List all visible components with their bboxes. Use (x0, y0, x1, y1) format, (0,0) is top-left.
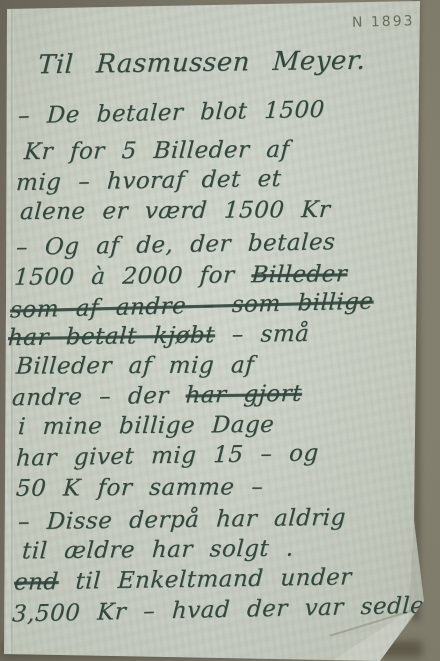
handwritten-text: – små (214, 321, 310, 348)
handwritten-text: – De betaler blot 1500 (17, 97, 325, 129)
handwritten-text: Kr for 5 Billeder af (23, 137, 290, 165)
handwriting-line: mig – hvoraf det et (15, 166, 282, 196)
struck-text: har betalt kjøbt (7, 322, 215, 351)
handwriting-line: som af andre – som billige (9, 289, 374, 324)
handwritten-text: Til Rasmussen Meyer. (37, 46, 366, 81)
handwriting-line: 1500 à 2000 for Billeder (13, 261, 348, 291)
handwriting-line: i mine billige Dage (17, 412, 275, 440)
handwritten-text: – Disse derpå har aldrig (17, 505, 346, 536)
struck-text: end (13, 569, 59, 596)
handwriting-line: 3,500 Kr – hvad der var sedler (11, 593, 436, 628)
handwritten-text: mig – hvoraf det et (15, 166, 282, 196)
handwritten-text: til Enkeltmand under (58, 564, 353, 595)
handwriting-line: har givet mig 15 – og (15, 440, 319, 471)
paper-sheet: N 1893 Til Rasmussen Meyer.– De betaler … (0, 0, 440, 661)
handwritten-text: har givet mig 15 – og (15, 440, 319, 471)
handwriting-line: Billeder af mig af (15, 352, 255, 379)
handwritten-text: 50 K for samme – (15, 474, 264, 502)
handwritten-text: til ældre har solgt . (21, 536, 294, 565)
handwriting-line: Kr for 5 Billeder af (23, 137, 290, 165)
handwriting-line: til ældre har solgt . (21, 536, 294, 565)
handwritten-text: andre – der (11, 383, 186, 412)
handwritten-text: – Og af de, der betales (15, 229, 336, 261)
handwriting-line: – Og af de, der betales (15, 229, 336, 261)
handwriting-line: har betalt kjøbt – små (7, 321, 310, 351)
struck-text: har gjort (185, 381, 303, 409)
handwriting-line: – Disse derpå har aldrig (17, 505, 346, 536)
scanned-letter: N 1893 Til Rasmussen Meyer.– De betaler … (0, 0, 440, 661)
handwriting-lines: Til Rasmussen Meyer.– De betaler blot 15… (0, 0, 440, 661)
handwriting-line: 50 K for samme – (15, 474, 264, 502)
salutation-line: Til Rasmussen Meyer. (37, 46, 366, 81)
handwritten-text: Billeder af mig af (15, 352, 255, 379)
handwriting-line: andre – der har gjort (11, 381, 302, 412)
struck-text: som af andre – som billige (9, 289, 374, 324)
handwritten-text: i mine billige Dage (17, 412, 275, 440)
struck-text: Billeder (251, 261, 348, 288)
handwritten-text: alene er værd 1500 Kr (19, 197, 331, 225)
handwriting-line: alene er værd 1500 Kr (19, 197, 331, 225)
handwritten-text: 3,500 Kr – hvad der var sedler (11, 593, 436, 628)
handwriting-line: – De betaler blot 1500 (17, 97, 325, 129)
handwritten-text: 1500 à 2000 for (13, 262, 252, 291)
handwriting-line: end til Enkeltmand under (13, 564, 352, 595)
